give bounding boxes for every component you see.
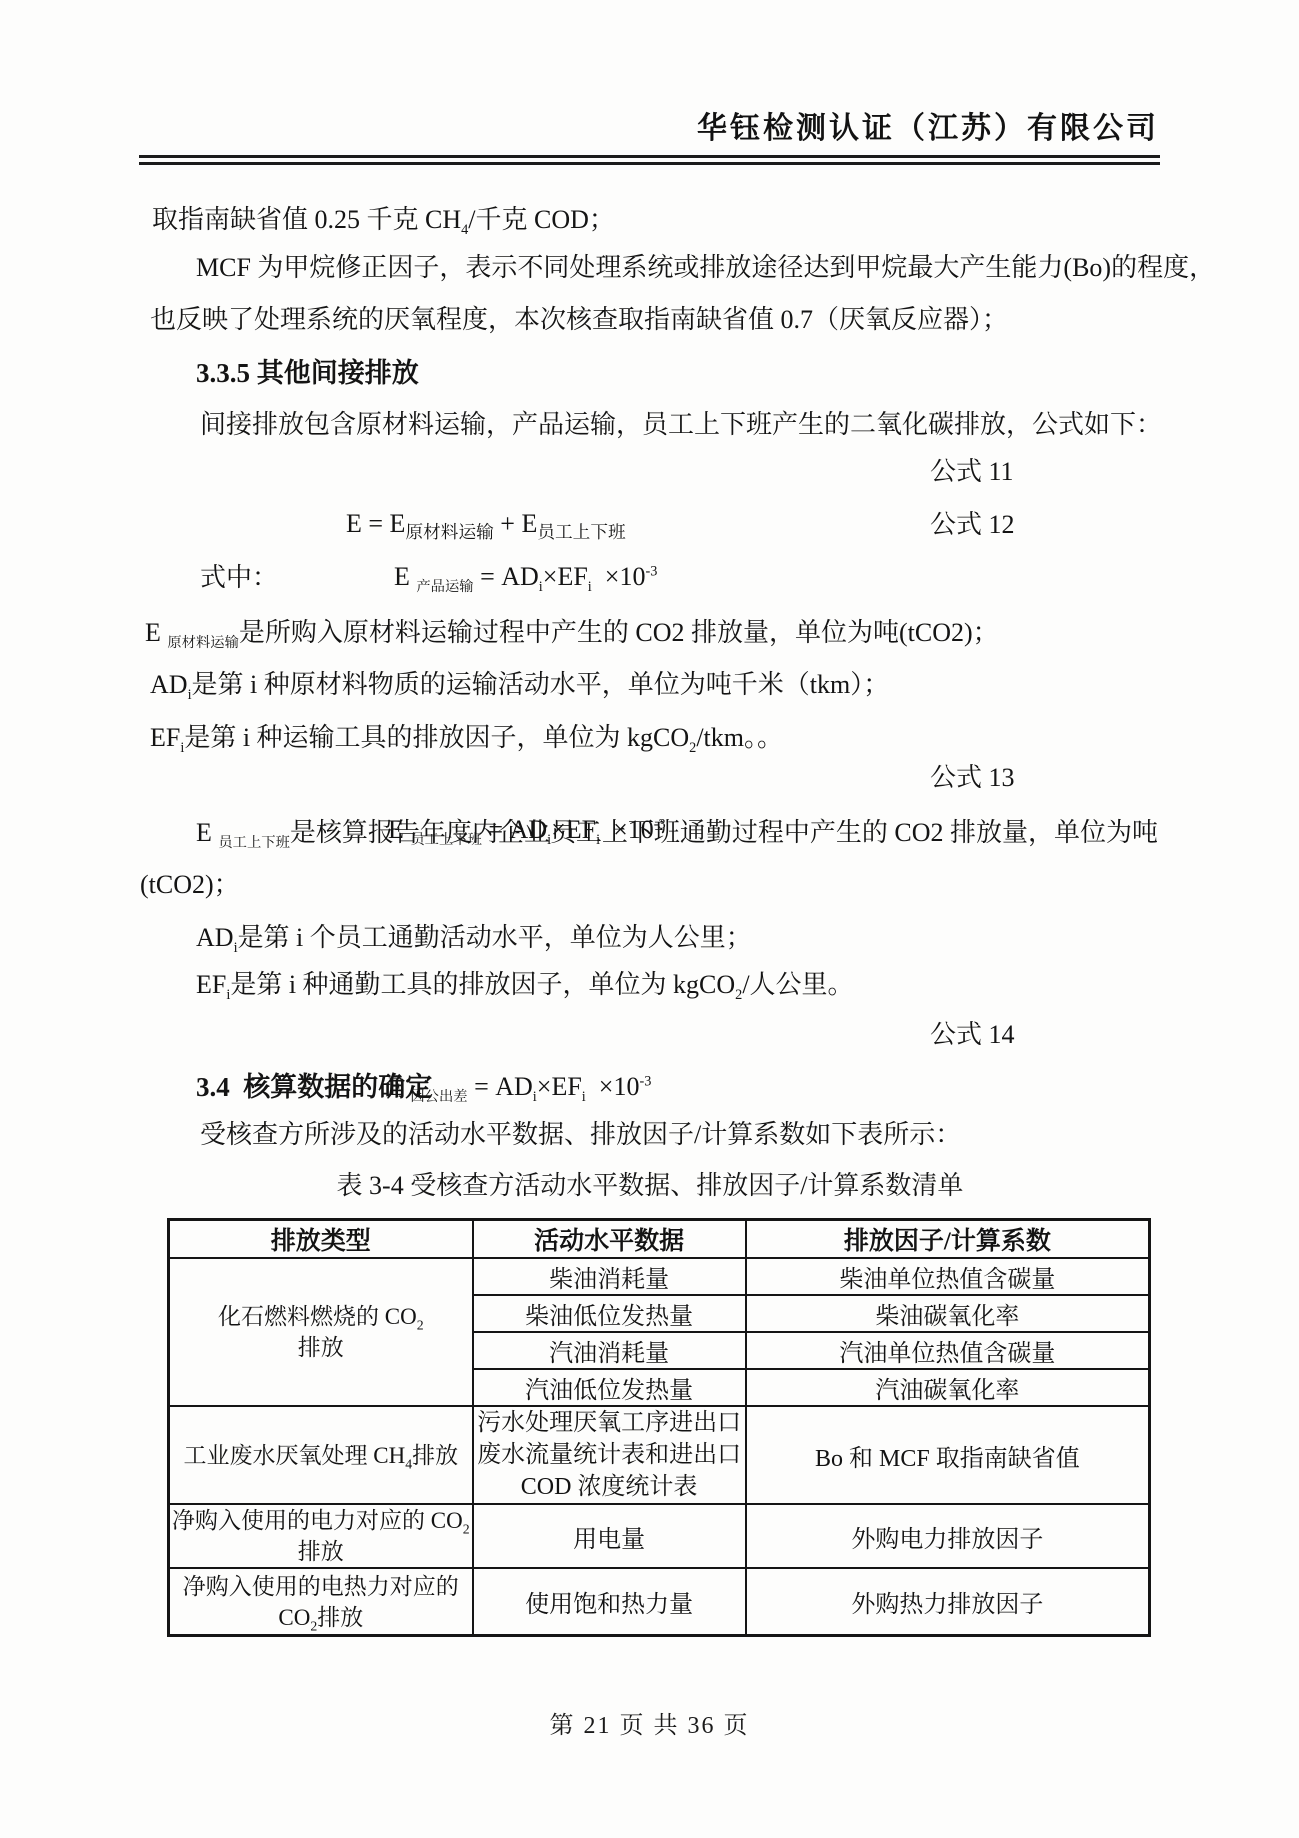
table-header-emission-factor: 排放因子/计算系数 [746,1220,1150,1259]
paragraph-mcf-line1: MCF 为甲烷修正因子，表示不同处理系统或排放途径达到甲烷最大产生能力(Bo)的… [140,242,1216,294]
table-row-wastewater: 工业废水厌氧处理 CH4排放 污水处理厌氧工序进出口废水流量统计表和进出口COD… [169,1406,1150,1504]
paragraph-e-raw-material: E 原材料运输是所购入原材料运输过程中产生的 CO2 排放量，单位为吨(tCO2… [140,607,1165,659]
paragraph-e-commute-line1: E 员工上下班是核算报告年度内企业员工上下班通勤过程中产生的 CO2 排放量，单… [140,807,1216,859]
paragraph-indirect-emission: 间接排放包含原材料运输，产品运输，员工上下班产生的二氧化碳排放，公式如下： [140,399,1220,451]
header-double-rule [139,155,1160,165]
paragraph-ad-raw-material: ADi是第 i 种原材料物质的运输活动水平，单位为吨千米（tkm）； [140,659,1170,711]
emission-factor-table: 排放类型 活动水平数据 排放因子/计算系数 化石燃料燃烧的 CO2排放 柴油消耗… [167,1218,1151,1637]
table-cell: 外购电力排放因子 [746,1504,1150,1568]
formula-13-label: 公式 13 [930,752,1015,804]
table-cell: 用电量 [473,1504,746,1568]
paragraph-e-commute-line2: (tCO2)； [140,859,1160,911]
paragraph-ad-commute: ADi是第 i 个员工通勤活动水平，单位为人公里； [140,912,1216,964]
table-cell: 柴油碳氧化率 [746,1295,1150,1332]
table-cell: 使用饱和热力量 [473,1568,746,1636]
table-cell: Bo 和 MCF 取指南缺省值 [746,1406,1150,1504]
table-header-activity-data: 活动水平数据 [473,1220,746,1259]
formula-14-label: 公式 14 [930,1009,1015,1061]
table-cell: 外购热力排放因子 [746,1568,1150,1636]
table-cell: 柴油单位热值含碳量 [746,1258,1150,1295]
formula-11-label: 公式 11 [930,446,1014,498]
document-page: 华钰检测认证（江苏）有限公司 取指南缺省值 0.25 千克 CH4/千克 COD… [0,0,1299,1838]
section-heading-335: 3.3.5 其他间接排放 [140,347,1216,399]
formula-11-row: E = E原材料运输 + E员工上下班 公式 11 [140,446,1299,498]
table-cell-wastewater-label: 工业废水厌氧处理 CH4排放 [169,1406,473,1504]
table-row-diesel-consumption: 化石燃料燃烧的 CO2排放 柴油消耗量 柴油单位热值含碳量 [169,1258,1150,1295]
table-cell-electricity-label: 净购入使用的电力对应的 CO2排放 [169,1504,473,1568]
paragraph-mcf-line2: 也反映了处理系统的厌氧程度，本次核查取指南缺省值 0.7（厌氧反应器）； [140,294,1170,346]
table-cell-fossil-label: 化石燃料燃烧的 CO2排放 [169,1258,473,1406]
page-header-company: 华钰检测认证（江苏）有限公司 [140,103,1159,147]
paragraph-ef-commute: EFi是第 i 种通勤工具的排放因子，单位为 kgCO2/人公里。 [140,959,1216,1011]
table-cell: 汽油碳氧化率 [746,1369,1150,1406]
table-header-row: 排放类型 活动水平数据 排放因子/计算系数 [169,1220,1150,1259]
table-cell: 汽油低位发热量 [473,1369,746,1406]
table-header-emission-type: 排放类型 [169,1220,473,1259]
formula-14-row: E 因公出差 = ADi×EFi ×10-3 公式 14 [140,1009,1299,1061]
page-footer: 第 21 页 共 36 页 [0,1700,1299,1752]
paragraph-shizhong: 式中： [140,552,1220,604]
paragraph-table-intro: 受核查方所涉及的活动水平数据、排放因子/计算系数如下表所示： [140,1109,1220,1161]
formula-12-label: 公式 12 [930,499,1015,551]
table-cell: 污水处理厌氧工序进出口废水流量统计表和进出口COD 浓度统计表 [473,1406,746,1504]
table-title: 表 3-4 受核查方活动水平数据、排放因子/计算系数清单 [140,1160,1160,1212]
table-cell: 汽油消耗量 [473,1332,746,1369]
section-heading-34: 3.4 核算数据的确定 [140,1061,1216,1113]
paragraph-cod-default: 取指南缺省值 0.25 千克 CH4/千克 COD； [140,194,1172,246]
table-row-heat: 净购入使用的电热力对应的CO2排放 使用饱和热力量 外购热力排放因子 [169,1568,1150,1636]
table-cell: 柴油消耗量 [473,1258,746,1295]
table-row-electricity: 净购入使用的电力对应的 CO2排放 用电量 外购电力排放因子 [169,1504,1150,1568]
formula-13-row: E 员工上下班 = ADi×EFi ×10-3 公式 13 [140,752,1299,804]
table-cell: 汽油单位热值含碳量 [746,1332,1150,1369]
formula-12-row: E 产品运输 = ADi×EFi ×10-3 公式 12 [140,499,1299,551]
table-cell-heat-label: 净购入使用的电热力对应的CO2排放 [169,1568,473,1636]
table-cell: 柴油低位发热量 [473,1295,746,1332]
